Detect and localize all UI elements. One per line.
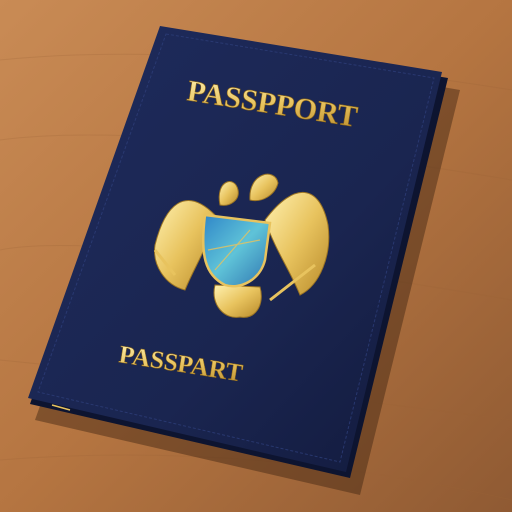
passport-scene: PASSPPORT PASSPART [0,0,512,512]
